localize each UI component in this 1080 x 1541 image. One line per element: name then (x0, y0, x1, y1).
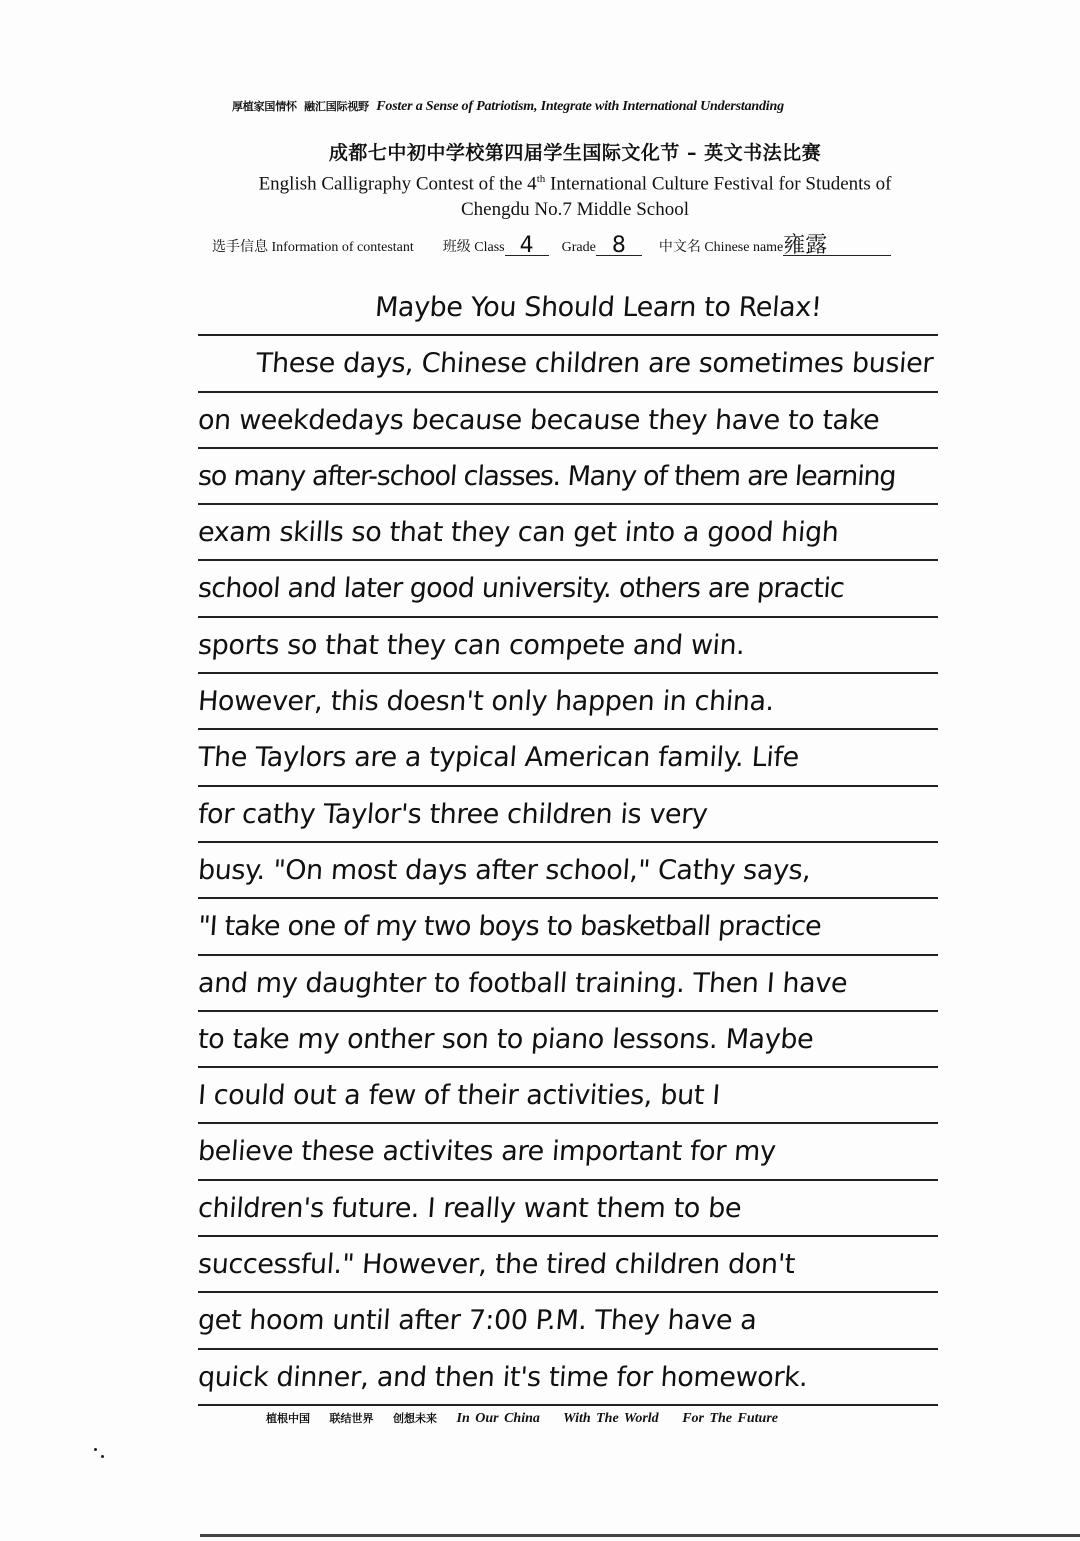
slogan-cn-2: 融汇国际视野 (304, 101, 369, 113)
essay-line: school and later good university. others… (198, 561, 938, 617)
scan-speck (101, 1455, 104, 1458)
footer-slogan: 植根中国 联结世界 创想未来 In Our China With The Wor… (266, 1410, 866, 1427)
name-label: 中文名 Chinese name (659, 236, 783, 256)
grade-label: Grade (562, 240, 596, 256)
essay-line: "I take one of my two boys to basketball… (198, 899, 938, 955)
class-label: 班级 Class (443, 236, 505, 256)
class-field[interactable]: 4 (505, 237, 549, 256)
essay-line: busy. "On most days after school," Cathy… (198, 843, 938, 899)
essay-line: children's future. I really want them to… (198, 1181, 938, 1237)
essay-line: to take my onther son to piano lessons. … (198, 1012, 938, 1068)
essay-line: exam skills so that they can get into a … (198, 505, 938, 561)
scan-edge (200, 1534, 1080, 1537)
slogan-en: Foster a Sense of Patriotism, Integrate … (376, 99, 784, 114)
essay-line: I could out a few of their activities, b… (198, 1068, 938, 1124)
essay-line: for cathy Taylor's three children is ver… (198, 787, 938, 843)
essay-line: quick dinner, and then it's time for hom… (198, 1350, 938, 1406)
header-slogan: 厚植家国情怀 融汇国际视野 Foster a Sense of Patrioti… (232, 98, 922, 115)
essay-line: believe these activites are important fo… (198, 1124, 938, 1180)
essay-line: However, this doesn't only happen in chi… (198, 674, 938, 730)
essay-line: get hoom until after 7:00 P.M. They have… (198, 1293, 938, 1349)
contest-title-en: English Calligraphy Contest of the 4th I… (215, 166, 935, 223)
essay-title: Maybe You Should Learn to Relax! (198, 280, 938, 336)
essay-line: successful." However, the tired children… (198, 1237, 938, 1293)
info-label: 选手信息 Information of contestant (212, 236, 414, 256)
grade-field[interactable]: 8 (596, 237, 642, 256)
essay-line: The Taylors are a typical American famil… (198, 730, 938, 786)
essay-line: on weekdedays because because they have … (198, 393, 938, 449)
essay-line: These days, Chinese children are sometim… (198, 336, 938, 392)
scan-speck (94, 1448, 97, 1451)
essay-body: Maybe You Should Learn to Relax! These d… (198, 280, 938, 1406)
slogan-cn-1: 厚植家国情怀 (232, 101, 297, 113)
essay-line: so many after-school classes. Many of th… (198, 449, 938, 505)
name-field[interactable]: 雍露 (783, 237, 891, 256)
essay-line: and my daughter to football training. Th… (198, 956, 938, 1012)
contest-title-cn: 成都七中初中学校第四届学生国际文化节 – 英文书法比赛 (0, 138, 1080, 165)
essay-line: sports so that they can compete and win. (198, 618, 938, 674)
contestant-info: 选手信息 Information of contestant 班级 Class4… (212, 236, 934, 256)
